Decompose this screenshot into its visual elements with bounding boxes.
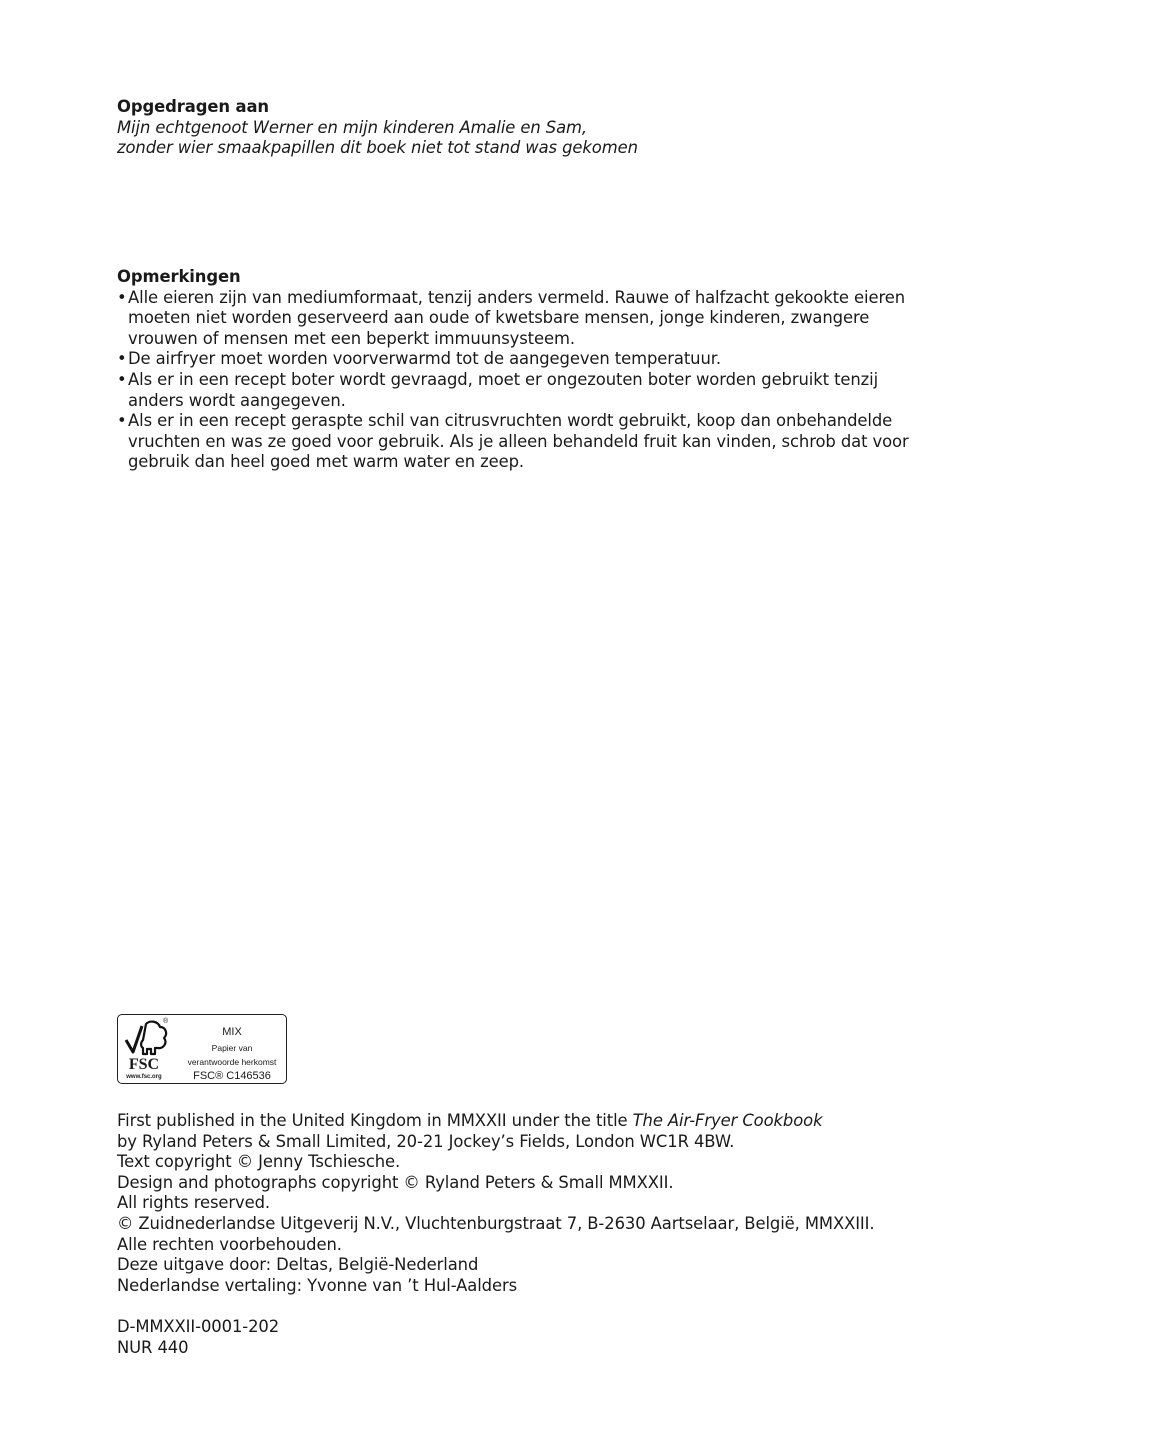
fsc-logo-text: FSC	[120, 1057, 168, 1073]
colophon-line: by Ryland Peters & Small Limited, 20-21 …	[117, 1132, 1017, 1153]
nur-code: NUR 440	[117, 1338, 279, 1359]
fsc-label: ® FSC www.fsc.org MIX Papier van verantw…	[117, 1014, 287, 1084]
colophon-line: Design and photographs copyright © Rylan…	[117, 1173, 1017, 1194]
fsc-info: MIX Papier van verantwoorde herkomst FSC…	[176, 1015, 288, 1083]
note-item: Als er in een recept geraspte schil van …	[117, 411, 937, 473]
first-published-line: First published in the United Kingdom in…	[117, 1111, 1017, 1132]
colophon-line: Alle rechten voorbehouden.	[117, 1235, 1017, 1256]
note-item: Alle eieren zijn van mediumformaat, tenz…	[117, 288, 937, 350]
edition-code: D-MMXXII-0001-202	[117, 1317, 279, 1338]
colophon-line: © Zuidnederlandse Uitgeverij N.V., Vluch…	[117, 1214, 1017, 1235]
colophon-section: First published in the United Kingdom in…	[117, 1111, 1017, 1296]
colophon-line: Deze uitgave door: Deltas, België-Nederl…	[117, 1255, 1017, 1276]
colophon-line: All rights reserved.	[117, 1193, 1017, 1214]
dedication-line: Mijn echtgenoot Werner en mijn kinderen …	[117, 118, 638, 139]
colophon-line: Nederlandse vertaling: Yvonne van ’t Hul…	[117, 1276, 1017, 1297]
colophon-line: Text copyright © Jenny Tschiesche.	[117, 1152, 1017, 1173]
notes-list: Alle eieren zijn van mediumformaat, tenz…	[117, 288, 937, 473]
notes-section: Opmerkingen Alle eieren zijn van mediumf…	[117, 267, 937, 473]
fsc-line1: Papier van	[176, 1043, 288, 1053]
fsc-url: www.fsc.org	[120, 1074, 168, 1081]
codes-section: D-MMXXII-0001-202 NUR 440	[117, 1317, 279, 1358]
fsc-code: FSC® C146536	[176, 1070, 288, 1083]
notes-heading: Opmerkingen	[117, 267, 937, 288]
dedication-section: Opgedragen aan Mijn echtgenoot Werner en…	[117, 97, 638, 159]
note-item: Als er in een recept boter wordt gevraag…	[117, 370, 937, 411]
dedication-line: zonder wier smaakpapillen dit boek niet …	[117, 138, 638, 159]
fsc-mix: MIX	[176, 1026, 288, 1039]
fsc-line2: verantwoorde herkomst	[176, 1057, 288, 1067]
note-item: De airfryer moet worden voorverwarmd tot…	[117, 349, 937, 370]
original-title: The Air-Fryer Cookbook	[633, 1111, 823, 1130]
fsc-registered-mark: ®	[163, 1018, 168, 1025]
dedication-heading: Opgedragen aan	[117, 97, 638, 118]
first-published-prefix: First published in the United Kingdom in…	[117, 1111, 633, 1130]
